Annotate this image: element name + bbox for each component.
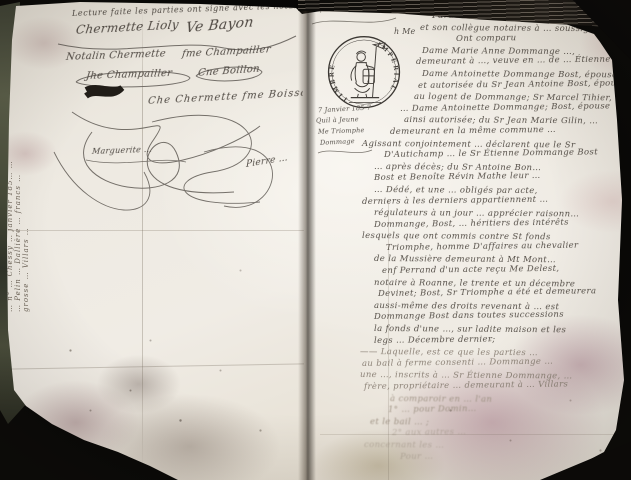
margin-note-line: grosse … Villars …	[22, 12, 30, 312]
paper-speckles	[60, 330, 61, 331]
stamp-arc-text-left: TIMBRE	[329, 62, 350, 103]
manuscript-line: Dommange Bost dans toutes successions	[374, 309, 626, 324]
margin-note-line: … Pelin … Dallière … francs …	[14, 12, 22, 312]
manuscript-line: Triomphe, homme D'affaires au chevalier	[386, 240, 626, 255]
svg-text:TIMBRE: TIMBRE	[329, 62, 350, 103]
manuscript-line: frère, propriétaire … demeurant à … Vill…	[364, 379, 626, 394]
manuscript-line: Ont comparu	[456, 32, 626, 46]
stamp-annotation: Me Triomphe	[318, 126, 365, 136]
fold-crease-vertical	[388, 200, 389, 480]
manuscript-text-block: Pardevant Me Benoit Marie Perrin … et so…	[360, 11, 626, 463]
fold-crease-horizontal	[8, 230, 306, 231]
fold-crease-horizontal	[4, 363, 304, 369]
fold-crease-horizontal	[320, 434, 620, 435]
manuscript-line: Devinet; Bost, Sr Triomphe a été et deme…	[378, 286, 626, 301]
stamp-annotation: Quil à Jeune	[316, 115, 359, 124]
manuscript-line: D'Autichamp … le Sr Étienne Dommange Bos…	[384, 147, 626, 162]
fold-crease-vertical	[142, 6, 143, 474]
scanned-manuscript: … n° … Chessy … janvier 185… … … Pelin ……	[0, 0, 631, 480]
manuscript-line: … Dame Antoinette Dommange; Bost, épouse	[400, 101, 626, 115]
manuscript-line: 1° … pour Domin…	[388, 402, 626, 417]
manuscript-line: legs … Décembre dernier;	[374, 333, 626, 348]
ink-blot	[86, 88, 122, 96]
manuscript-line: Dommange, Bost, … héritiers des intérêts	[374, 217, 626, 232]
page-gutter-shadow	[298, 0, 316, 480]
manuscript-line: demeurant à …, veuve en … de … Étienne ……	[416, 55, 626, 69]
stamp-annotation: Dommage	[320, 137, 355, 147]
manuscript-line: Bost et Benoîte Révin Mathe leur …	[374, 170, 626, 185]
manuscript-line: au bail à ferme consenti … Dommange …	[362, 356, 626, 371]
manuscript-line: et autorisée du Sr Jean Antoine Bost, ép…	[418, 78, 626, 92]
paper-speckles	[430, 380, 431, 381]
manuscript-line: enf Perrand d'un acte reçu Me Delest,	[382, 263, 626, 278]
manuscript-line: demeurant en la même commune …	[390, 124, 626, 138]
manuscript-line: 2° aux autres …	[392, 426, 626, 440]
